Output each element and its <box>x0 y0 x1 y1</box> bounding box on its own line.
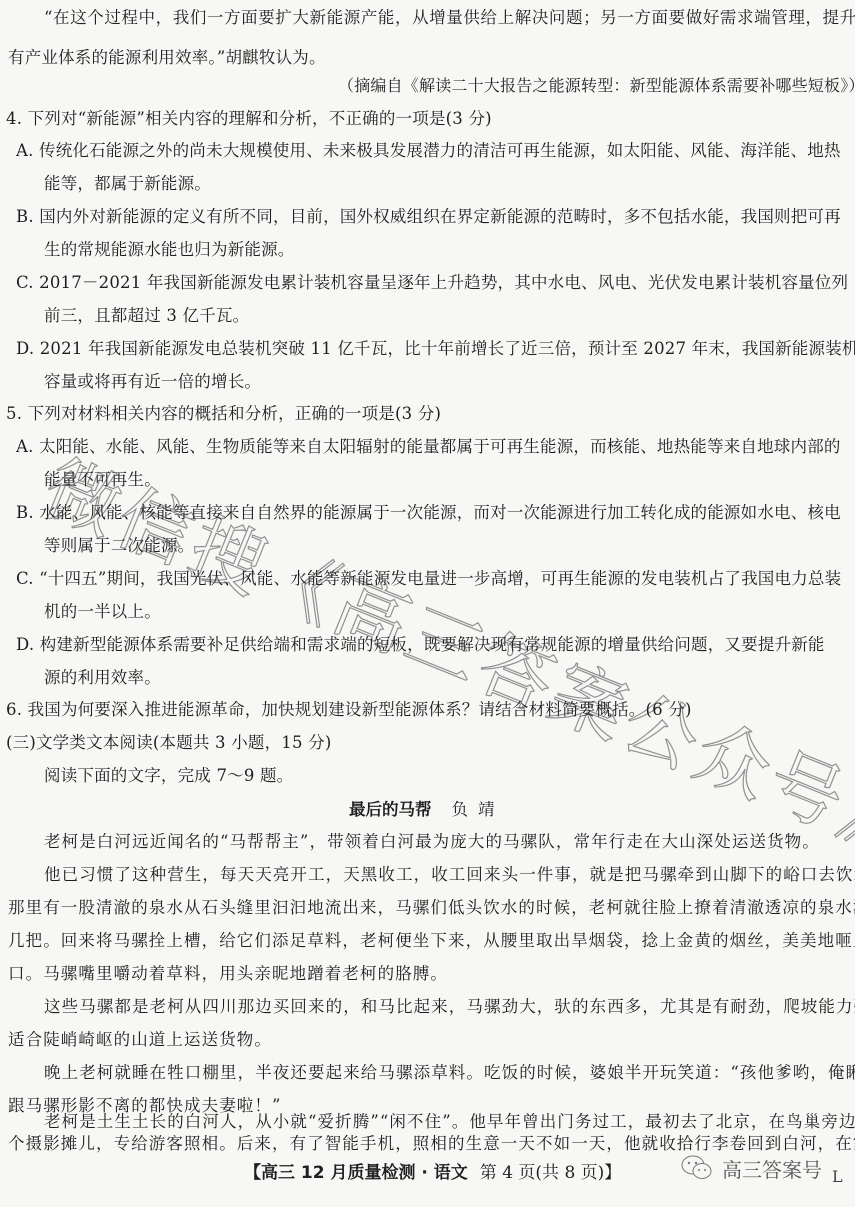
story-paragraph-2-line-2: 那里有一股清澈的泉水从石头缝里汩汩地流出来，马骡们低头饮水的时候，老柯就往脸上撩… <box>8 898 855 918</box>
footer-exam-label: 【高三 12 月质量检测 · 语文 <box>244 1163 468 1183</box>
q5-option-a-line-2: 能量不可再生。 <box>44 470 161 490</box>
question-6-stem: 6. 我国为何要深入推进能源革命，加快规划建设新型能源体系？请结合材料简要概括。… <box>6 700 692 720</box>
q5-option-c-line-2: 机的一半以上。 <box>44 602 161 622</box>
q4-option-b-line-1: B. 国内外对新能源的定义有所不同，目前，国外权威组织在界定新能源的范畴时，多不… <box>16 207 841 227</box>
q4-option-c-line-2: 前三，且都超过 3 亿千瓦。 <box>44 306 249 326</box>
story-paragraph-2-line-4: 口。马骡嘴里嚼动着草料，用头亲昵地蹭着老柯的胳膊。 <box>8 964 448 984</box>
wechat-icon <box>680 1153 714 1183</box>
story-paragraph-5-line-1: 老柯是土生土长的白河人，从小就“爱折腾”“闲不住”。他早年曾出门务过工，最初去了… <box>44 1112 855 1132</box>
passage-source: （摘编自《解读二十大报告之能源转型：新型能源体系需要补哪些短板》） <box>338 76 855 96</box>
corner-mark: L <box>832 1167 843 1186</box>
q4-option-a-line-1: A. 传统化石能源之外的尚未大规模使用、未来极具发展潜力的清洁可再生能源，如太阳… <box>16 141 841 161</box>
page-footer: 【高三 12 月质量检测 · 语文第 4 页(共 8 页)】 <box>244 1163 621 1183</box>
story-paragraph-5-line-2: 个摄影摊儿，专给游客照相。后来，有了智能手机，照相的生意一天不如一天，他就收拾行… <box>8 1134 855 1154</box>
wechat-account-name: 高三答案号 <box>722 1154 822 1183</box>
story-paragraph-1-line-1: 老柯是白河远近闻名的“马帮帮主”，带领着白河最为庞大的马骡队，常年行走在大山深处… <box>44 832 820 852</box>
passage-quote-line-2: 有产业体系的能源利用效率。”胡麒牧认为。 <box>8 48 326 68</box>
q4-option-d-line-2: 容量或将再有近一倍的增长。 <box>44 372 261 392</box>
story-title-text: 最后的马帮 <box>349 800 432 819</box>
story-title: 最后的马帮负靖 <box>349 800 505 820</box>
q5-option-b-line-1: B. 水能、风能、核能等直接来自自然界的能源属于一次能源，而对一次能源进行加工转… <box>16 503 841 523</box>
q4-option-b-line-2: 生的常规能源水能也归为新能源。 <box>44 240 295 260</box>
section-3-heading: (三)文学类文本阅读(本题共 3 小题，15 分) <box>6 733 331 753</box>
footer-page-number: 第 4 页(共 8 页)】 <box>480 1163 622 1183</box>
wechat-account-badge: 高三答案号 <box>680 1153 822 1183</box>
section-3-instruction: 阅读下面的文字，完成 7～9 题。 <box>44 766 293 786</box>
question-4-stem: 4. 下列对“新能源”相关内容的理解和分析，不正确的一项是(3 分) <box>6 109 492 129</box>
q5-option-d-line-1: D. 构建新型能源体系需要补足供给端和需求端的短板，既要解决现有常规能源的增量供… <box>16 635 825 655</box>
q5-option-a-line-1: A. 太阳能、水能、风能、生物质能等来自太阳辐射的能量都属于可再生能源，而核能、… <box>16 437 841 457</box>
q5-option-c-line-1: C. “十四五”期间，我国光伏、风能、水能等新能源发电量进一步高增，可再生能源的… <box>16 569 841 589</box>
exam-page: “在这个过程中，我们一方面要扩大新能源产能，从增量供给上解决问题；另一方面要做好… <box>0 0 855 1207</box>
passage-quote-line-1: “在这个过程中，我们一方面要扩大新能源产能，从增量供给上解决问题；另一方面要做好… <box>44 8 855 28</box>
story-paragraph-2-line-3: 几把。回来将马骡拴上槽，给它们添足草料，老柯便坐下来，从腰里取出旱烟袋，捻上金黄… <box>8 931 855 951</box>
story-author: 负靖 <box>452 800 505 819</box>
question-5-stem: 5. 下列对材料相关内容的概括和分析，正确的一项是(3 分) <box>6 404 441 424</box>
story-paragraph-4-line-1: 晚上老柯就睡在牲口棚里，半夜还要起来给马骡添草料。吃饭的时候，婆娘半开玩笑道：“… <box>44 1063 855 1083</box>
q4-option-c-line-1: C. 2017－2021 年我国新能源发电累计装机容量呈逐年上升趋势，其中水电、… <box>16 273 848 293</box>
q4-option-d-line-1: D. 2021 年我国新能源发电总装机突破 11 亿千瓦，比十年前增长了近三倍，… <box>16 339 855 359</box>
q5-option-b-line-2: 等则属于二次能源。 <box>44 536 194 556</box>
story-paragraph-2-line-1: 他已习惯了这种营生，每天天亮开工，天黑收工，收工回来头一件事，就是把马骡牵到山脚… <box>44 865 855 885</box>
story-paragraph-3-line-1: 这些马骡都是老柯从四川那边买回来的，和马比起来，马骡劲大，驮的东西多，尤其是有耐… <box>44 997 855 1017</box>
q5-option-d-line-2: 源的利用效率。 <box>44 668 161 688</box>
q4-option-a-line-2: 能等，都属于新能源。 <box>44 174 211 194</box>
story-paragraph-3-line-2: 适合陡峭崎岖的山道上运送货物。 <box>8 1030 272 1050</box>
